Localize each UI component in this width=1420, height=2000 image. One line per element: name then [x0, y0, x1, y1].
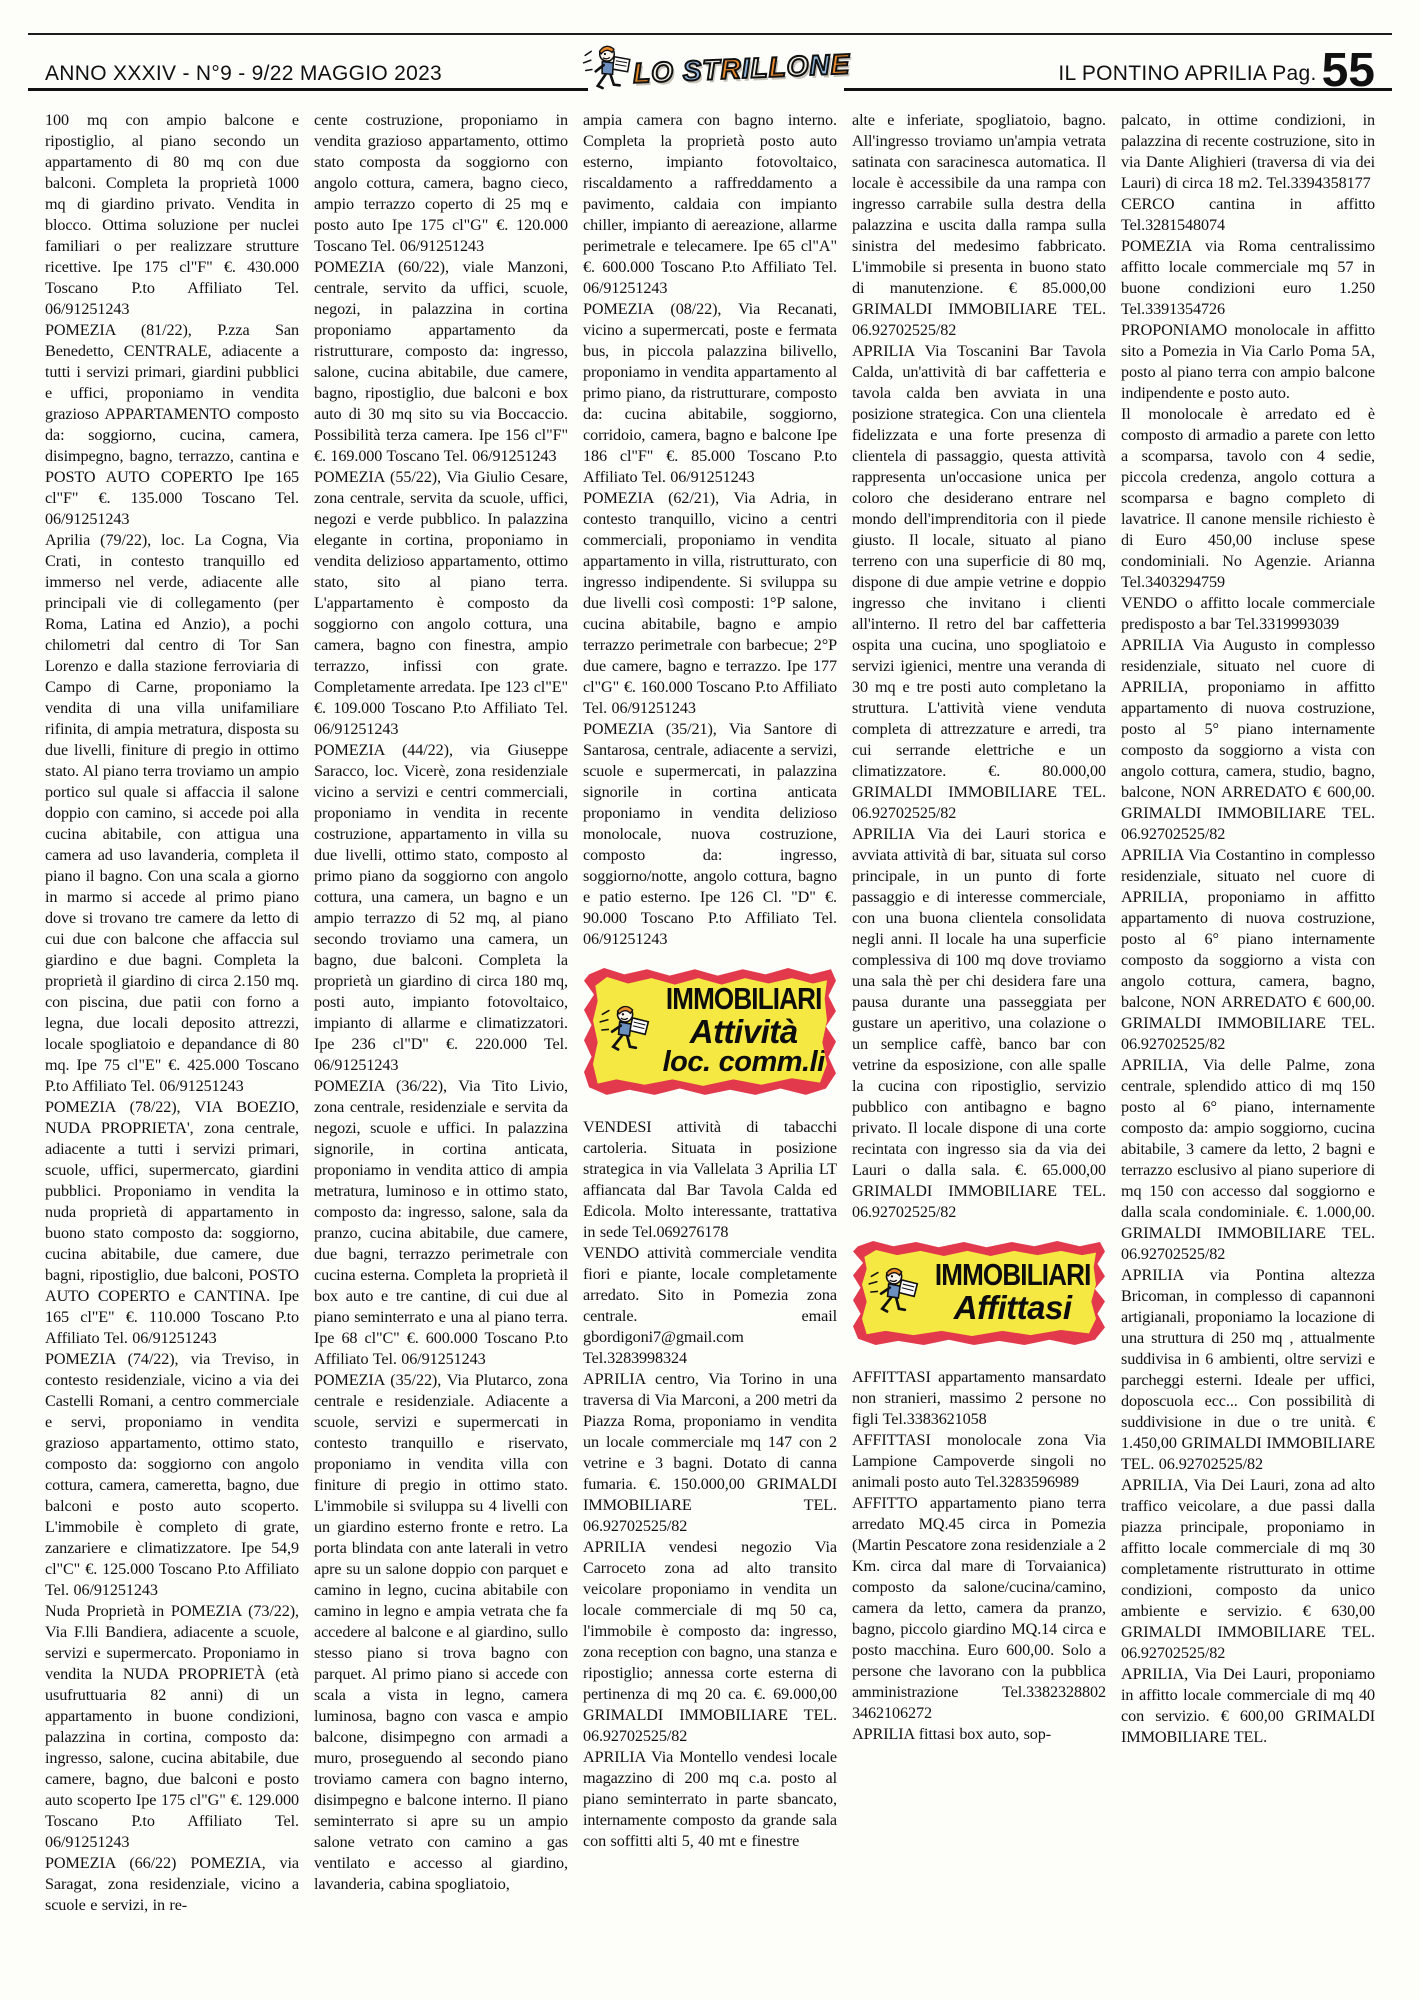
classified-ad: cente costruzione, proponiamo in vendita… [314, 110, 568, 257]
classified-ad: APRILIA Via Augusto in complesso residen… [1121, 635, 1375, 845]
classified-ad: POMEZIA (35/22), Via Plutarco, zona cent… [314, 1370, 568, 1895]
promo-box-inner: IMMOBILIARIAffittasi [862, 1250, 1096, 1336]
classified-ad: palcato, in ottime condizioni, in palazz… [1121, 110, 1375, 194]
classified-ad: Aprilia (79/22), loc. La Cogna, Via Crat… [45, 530, 299, 1097]
newsboy-icon [597, 994, 651, 1066]
promo-box-subtitle: Affittasi [920, 1291, 1105, 1325]
classified-ad: AFFITTASI monolocale zona Via Lampione C… [852, 1430, 1106, 1493]
classified-ad: POMEZIA (55/22), Via Giulio Cesare, zona… [314, 467, 568, 740]
promo-box-inner: IMMOBILIARIAttivitàloc. comm.li [593, 977, 827, 1086]
promo-box-affittasi: IMMOBILIARIAffittasi [853, 1241, 1105, 1345]
column-1: 100 mq con ampio balcone e ripostiglio, … [45, 110, 299, 1972]
header-right-group: IL PONTINO APRILIA Pag. 55 [1058, 56, 1375, 86]
classified-ad: POMEZIA (08/22), Via Recanati, vicino a … [583, 299, 837, 488]
classified-ad: POMEZIA (35/21), Via Santore di Santaros… [583, 719, 837, 950]
promo-box-subtitle-2: loc. comm.li [651, 1048, 836, 1078]
classified-ad: APRILIA, Via Dei Lauri, zona ad alto tra… [1121, 1475, 1375, 1664]
header-top-rule [28, 33, 1392, 35]
classified-ad: POMEZIA (44/22), via Giuseppe Saracco, l… [314, 740, 568, 1076]
classified-ad: PROPONIAMO monolocale in affitto sito a … [1121, 320, 1375, 404]
classified-ad: POMEZIA via Roma centralissimo affitto l… [1121, 236, 1375, 320]
classified-ad: APRILIA, Via Dei Lauri, proponiamo in af… [1121, 1664, 1375, 1748]
classified-ad: VENDESI attività di tabacchi cartoleria.… [583, 1117, 837, 1243]
classified-ad: AFFITTASI appartamento mansardato non st… [852, 1367, 1106, 1430]
classifieds-columns: 100 mq con ampio balcone e ripostiglio, … [45, 110, 1375, 1972]
classified-ad: Il monolocale è arredato ed è composto d… [1121, 404, 1375, 593]
page-number: 55 [1322, 56, 1375, 86]
classified-ad: POMEZIA (36/22), Via Tito Livio, zona ce… [314, 1076, 568, 1370]
classified-ad: VENDO o affitto locale commerciale predi… [1121, 593, 1375, 635]
classified-ad: ampia camera con bagno interno. Completa… [583, 110, 837, 299]
promo-box-attivita: IMMOBILIARIAttivitàloc. comm.li [584, 968, 836, 1095]
classified-ad: AFFITTO appartamento piano terra arredat… [852, 1493, 1106, 1724]
newsboy-icon [579, 37, 635, 100]
classified-ad: POMEZIA (66/22) POMEZIA, via Saragat, zo… [45, 1853, 299, 1916]
classified-ad: APRILIA centro, Via Torino in una traver… [583, 1369, 837, 1537]
classified-ad: APRILIA Via Toscanini Bar Tavola Calda, … [852, 341, 1106, 824]
classified-ad: CERCO cantina in affitto Tel.3281548074 [1121, 194, 1375, 236]
promo-box-text: IMMOBILIARIAffittasi [920, 1259, 1105, 1324]
classified-ad: POMEZIA (78/22), VIA BOEZIO, NUDA PROPRI… [45, 1097, 299, 1349]
classified-ad: 100 mq con ampio balcone e ripostiglio, … [45, 110, 299, 320]
masthead-logo-text: LO STRILLONE [633, 48, 852, 89]
column-5: palcato, in ottime condizioni, in palazz… [1121, 110, 1375, 1972]
publication-date-line: ANNO XXXIV - N°9 - 9/22 MAGGIO 2023 [45, 62, 442, 86]
classified-ad: APRILIA Via dei Lauri storica e avviata … [852, 824, 1106, 1223]
classified-ad: APRILIA via Pontina altezza Bricoman, in… [1121, 1265, 1375, 1475]
newspaper-page: ANNO XXXIV - N°9 - 9/22 MAGGIO 2023 IL P… [0, 0, 1420, 2000]
section-title: IL PONTINO APRILIA Pag. [1058, 62, 1316, 86]
newsboy-icon [866, 1256, 920, 1328]
classified-ad: VENDO attività commerciale vendita fiori… [583, 1243, 837, 1369]
column-4: alte e inferiate, spogliatoio, bagno. Al… [852, 110, 1106, 1972]
column-3: ampia camera con bagno interno. Completa… [583, 110, 837, 1972]
promo-box-title: IMMOBILIARI [666, 983, 822, 1015]
classified-ad: alte e inferiate, spogliatoio, bagno. Al… [852, 110, 1106, 341]
classified-ad: APRILIA, Via delle Palme, zona centrale,… [1121, 1055, 1375, 1265]
classified-ad: POMEZIA (81/22), P.zza San Benedetto, CE… [45, 320, 299, 530]
promo-box-text: IMMOBILIARIAttivitàloc. comm.li [651, 983, 836, 1078]
classified-ad: APRILIA Via Montello vendesi locale maga… [583, 1747, 837, 1852]
promo-box-subtitle: Attività [651, 1015, 836, 1049]
masthead-logo: LO STRILLONE [588, 36, 844, 102]
promo-box-title: IMMOBILIARI [935, 1259, 1091, 1291]
classified-ad: APRILIA Via Costantino in complesso resi… [1121, 845, 1375, 1055]
column-2: cente costruzione, proponiamo in vendita… [314, 110, 568, 1972]
classified-ad: POMEZIA (62/21), Via Adria, in contesto … [583, 488, 837, 719]
classified-ad: APRILIA vendesi negozio Via Carroceto zo… [583, 1537, 837, 1747]
classified-ad: Nuda Proprietà in POMEZIA (73/22), Via F… [45, 1601, 299, 1853]
classified-ad: APRILIA fittasi box auto, sop- [852, 1724, 1106, 1745]
classified-ad: POMEZIA (60/22), viale Manzoni, centrale… [314, 257, 568, 467]
classified-ad: POMEZIA (74/22), via Treviso, in contest… [45, 1349, 299, 1601]
